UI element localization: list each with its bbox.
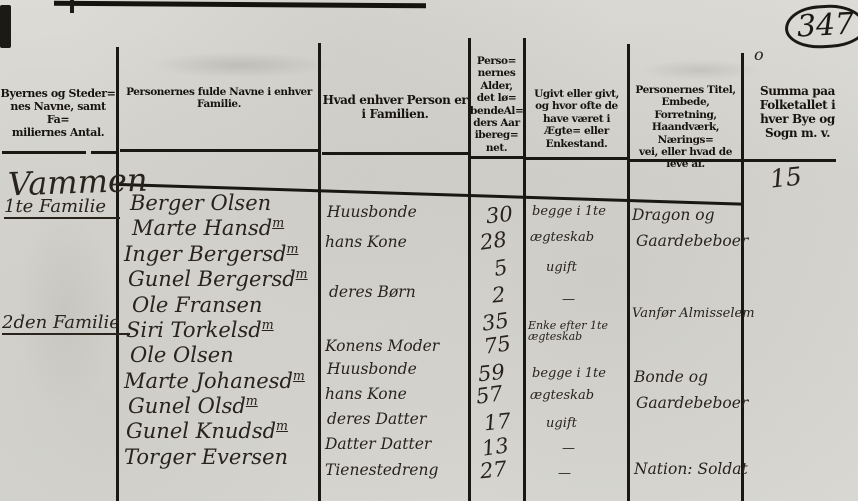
person-relation: deres Datter: [327, 410, 426, 428]
person-marital-status: ugift: [546, 416, 577, 431]
person-name: Marte Hansdm: [132, 215, 284, 240]
person-relation: Konens Moder: [325, 337, 439, 355]
person-marital-status: ægteskab: [530, 230, 594, 245]
header-underline: [630, 159, 741, 162]
person-marital-status: ugift: [546, 260, 577, 275]
top-edge-tick: [70, 0, 74, 13]
column-header-age: Perso= nernes Alder, det lø= bendeAl= de…: [470, 55, 523, 154]
header-underline: [91, 151, 116, 154]
person-age: 13: [480, 433, 510, 460]
summa-value: 15: [769, 161, 804, 193]
person-age: 27: [479, 457, 508, 484]
corner-mark: o: [754, 45, 764, 64]
header-underline: [2, 151, 86, 154]
person-title: Gaardebeboer: [636, 232, 748, 250]
person-relation: Tienestedreng: [325, 461, 438, 479]
person-relation: hans Kone: [325, 233, 407, 251]
person-name: Torger Eversen: [124, 444, 288, 469]
person-age: 17: [483, 409, 512, 436]
person-name: Inger Bergersdm: [124, 241, 298, 266]
column-header-title: Personernes Titel, Embede, Forretning, H…: [630, 84, 741, 171]
header-underline: [322, 152, 468, 155]
person-relation: Huusbonde: [327, 360, 417, 378]
person-marital-status: ægteskab: [530, 388, 594, 403]
header-underline: [120, 149, 318, 152]
person-title: Vanfør Almisselem: [632, 306, 755, 321]
person-relation: hans Kone: [325, 385, 407, 403]
person-name: Ole Fransen: [132, 292, 262, 317]
column-header-places: Byernes og Steder= nes Navne, samt Fa= m…: [0, 88, 116, 140]
person-name: Ole Olsen: [130, 342, 234, 367]
person-name: Berger Olsen: [130, 190, 271, 215]
top-edge-rule: [54, 1, 426, 9]
person-relation: deres Børn: [329, 283, 416, 301]
person-title: Bonde og: [634, 368, 708, 386]
person-marital-status: —: [562, 292, 575, 307]
person-marital-status: —: [562, 441, 575, 456]
person-age: 2: [491, 282, 507, 307]
person-relation: Huusbonde: [327, 203, 417, 221]
person-age: 30: [485, 202, 514, 229]
family-1-label: 1te Familie: [4, 196, 120, 219]
person-relation: Datter Datter: [325, 435, 431, 453]
relations-column: Huusbonde hans Kone deres Børn Konens Mo…: [325, 192, 467, 501]
header-underline: [526, 157, 627, 160]
person-name: Gunel Bergersdm: [128, 266, 308, 291]
person-name: Gunel Olsdm: [128, 393, 258, 418]
column-header-marital: Ugivt eller givt, og hvor ofte de have v…: [526, 88, 627, 150]
person-name: Marte Johanesdm: [124, 368, 305, 393]
person-title: Dragon og: [632, 206, 715, 224]
column-divider: [318, 43, 321, 501]
person-marital-status: Enke efter 1te ægteskab: [528, 320, 608, 342]
marital-column: begge i 1te ægteskab ugift — Enke efter …: [528, 190, 626, 501]
page-number-badge: 347: [784, 3, 858, 50]
scan-smudge: [20, 210, 110, 410]
scan-smudge: [150, 52, 330, 78]
column-divider: [116, 47, 119, 501]
person-title: Gaardebeboer: [636, 394, 748, 412]
column-header-names: Personernes fulde Navne i enhver Familie…: [120, 86, 318, 111]
person-age: 57: [474, 381, 504, 408]
names-column: Berger Olsen Marte Hansdm Inger Bergersd…: [122, 190, 318, 501]
person-name: Siri Torkelsdm: [126, 317, 274, 342]
ages-column: 30 28 5 2 35 75 59 57 17 13 27: [472, 190, 522, 501]
person-marital-status: begge i 1te: [532, 366, 606, 381]
column-header-summa: Summa paa Folketallet i hver Bye og Sogn…: [745, 84, 850, 141]
person-marital-status: begge i 1te: [532, 204, 606, 219]
titles-column: Dragon og Gaardebeboer Vanfør Almisselem…: [632, 190, 744, 501]
person-marital-status: —: [558, 466, 571, 481]
column-header-position: Hvad enhver Person er i Familien.: [322, 93, 468, 121]
person-age: 75: [482, 331, 512, 358]
census-document-page: 347 o Byernes og Steder= nes Navne, samt…: [0, 0, 858, 501]
header-underline: [471, 156, 523, 159]
scan-edge-artifact: [0, 5, 11, 48]
person-title: Nation: Soldat: [634, 460, 748, 478]
person-age: 28: [478, 227, 508, 254]
person-name: Gunel Knudsdm: [126, 418, 288, 443]
family-2-label: 2den Familie: [2, 312, 130, 335]
person-age: 5: [492, 255, 509, 281]
